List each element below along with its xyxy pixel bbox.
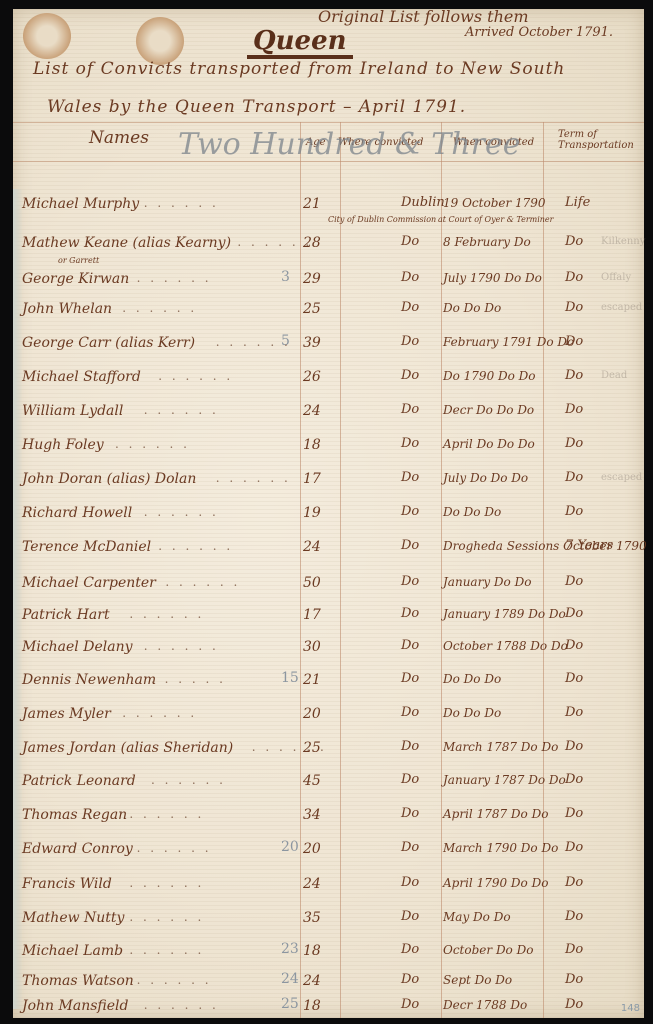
convict-when-convicted: January Do Do <box>443 575 531 589</box>
convict-when-convicted: Do 1790 Do Do <box>443 369 536 383</box>
convict-term: 7 Years <box>565 538 613 553</box>
convict-when-convicted: Do Do Do <box>443 706 501 720</box>
convict-name: Patrick Leonard <box>22 773 136 789</box>
convict-term: Do <box>565 638 583 653</box>
table-row: John Whelan25DoDo Do DoDoescaped. . . . … <box>13 297 644 325</box>
faint-margin-note: Kilkenny <box>601 236 645 247</box>
table-row: Edward Conroy20DoMarch 1790 Do DoDo20. .… <box>13 837 644 865</box>
table-row: Patrick Hart17DoJanuary 1789 Do DoDo. . … <box>13 603 644 631</box>
convict-age: 25 <box>303 301 321 317</box>
convict-age: 20 <box>303 841 321 857</box>
convict-where-convicted: Do <box>401 300 419 315</box>
table-row: George Kirwan29DoJuly 1790 Do DoDoOffaly… <box>13 267 644 295</box>
convict-name: Mathew Keane (alias Kearny) <box>22 235 231 251</box>
convict-term: Do <box>565 909 583 924</box>
convict-term: Do <box>565 436 583 451</box>
convict-name: George Kirwan <box>22 271 129 287</box>
table-row: Terence McDaniel24DoDrogheda Sessions Oc… <box>13 535 644 563</box>
convict-term: Do <box>565 606 583 621</box>
annotation-arrived: Arrived October 1791. <box>465 25 613 40</box>
convict-where-convicted: Do <box>401 402 419 417</box>
convict-name: Francis Wild <box>22 876 112 892</box>
convict-term: Do <box>565 671 583 686</box>
convict-when-convicted: March 1787 Do Do <box>443 740 558 754</box>
convict-where-convicted: Do <box>401 739 419 754</box>
convict-age: 24 <box>303 973 321 989</box>
convict-when-convicted: July Do Do Do <box>443 471 528 485</box>
convict-where-convicted: Do <box>401 606 419 621</box>
leader-dots: . . . . . . <box>144 403 219 417</box>
convict-age: 50 <box>303 575 321 591</box>
convict-name: James Myler <box>22 706 111 722</box>
faint-margin-note: escaped <box>601 472 642 483</box>
convict-when-convicted: Sept Do Do <box>443 973 512 987</box>
convict-where-convicted: Dublin <box>401 195 445 210</box>
convict-when-convicted: Decr 1788 Do <box>443 998 527 1012</box>
convict-term: Do <box>565 772 583 787</box>
convict-when-convicted: Do Do Do <box>443 301 501 315</box>
convict-term: Do <box>565 334 583 349</box>
convict-age: 24 <box>303 876 321 892</box>
convict-when-convicted: April 1787 Do Do <box>443 807 548 821</box>
convict-name: Edward Conroy <box>22 841 133 857</box>
convict-term: Do <box>565 739 583 754</box>
convict-where-convicted: Do <box>401 671 419 686</box>
convict-age: 18 <box>303 943 321 959</box>
leader-dots: . . . . . . <box>144 639 219 653</box>
leader-dots: . . . . . . <box>129 807 204 821</box>
convict-when-convicted: July 1790 Do Do <box>443 271 542 285</box>
faint-margin-note: escaped <box>601 302 642 313</box>
convict-name: Richard Howell <box>22 505 132 521</box>
pencil-margin-number: 20 <box>281 839 299 855</box>
faint-margin-note: Dead <box>601 370 627 381</box>
convict-term: Do <box>565 270 583 285</box>
convict-age: 18 <box>303 998 321 1014</box>
table-row: William Lydall24DoDecr Do Do DoDo. . . .… <box>13 399 644 427</box>
faint-margin-note: Offaly <box>601 272 631 283</box>
leader-dots: . . . . . . <box>144 196 219 210</box>
leader-dots: . . . . . . <box>129 943 204 957</box>
convict-age: 21 <box>303 196 321 212</box>
table-row: Patrick Leonard45DoJanuary 1787 Do DoDo.… <box>13 769 644 797</box>
pencil-margin-number: 3 <box>281 269 290 285</box>
convict-term: Do <box>565 997 583 1012</box>
convict-name: Hugh Foley <box>22 437 104 453</box>
convict-age: 26 <box>303 369 321 385</box>
convict-term: Do <box>565 402 583 417</box>
convict-name: Michael Stafford <box>22 369 141 385</box>
convict-where-convicted: Do <box>401 875 419 890</box>
convict-where-convicted: Do <box>401 234 419 249</box>
convict-term: Do <box>565 840 583 855</box>
leader-dots: . . . . . . <box>137 841 212 855</box>
convict-term: Life <box>565 195 590 210</box>
pencil-total-annotation: Two Hundred & Three <box>178 127 520 162</box>
convict-where-convicted: Do <box>401 638 419 653</box>
convict-term: Do <box>565 806 583 821</box>
table-row: Francis Wild24DoApril 1790 Do DoDo. . . … <box>13 872 644 900</box>
convict-name: Thomas Regan <box>22 807 127 823</box>
convict-age: 18 <box>303 437 321 453</box>
convict-age: 24 <box>303 539 321 555</box>
manuscript-page: Queen Original List follows them Arrived… <box>13 9 644 1018</box>
convict-when-convicted: April 1790 Do Do <box>443 876 548 890</box>
table-row: Hugh Foley18DoApril Do Do DoDo. . . . . … <box>13 433 644 461</box>
convict-age: 17 <box>303 471 321 487</box>
convict-when-convicted: 19 October 1790 <box>443 196 546 210</box>
leader-dots: . . . . . . <box>122 706 197 720</box>
convict-term: Do <box>565 972 583 987</box>
table-row: James Myler20DoDo Do DoDo. . . . . . <box>13 702 644 730</box>
folio-number: 148 <box>621 1003 640 1014</box>
convict-name: John Doran (alias) Dolan <box>22 471 196 487</box>
convict-term: Do <box>565 504 583 519</box>
convict-name: Patrick Hart <box>22 607 110 623</box>
ship-title: Queen <box>253 26 347 56</box>
leader-dots: . . . . . . <box>151 773 226 787</box>
convict-name: Michael Lamb <box>22 943 123 959</box>
convict-name: James Jordan (alias Sheridan) <box>22 740 233 756</box>
convict-where-convicted: Do <box>401 705 419 720</box>
table-row: Michael Murphy21Dublin19 October 1790Lif… <box>13 192 644 220</box>
table-row: Michael Delany30DoOctober 1788 Do DoDo. … <box>13 635 644 663</box>
convict-where-convicted: Do <box>401 334 419 349</box>
convict-age: 39 <box>303 335 321 351</box>
convict-age: 17 <box>303 607 321 623</box>
leader-dots: . . . . . . <box>158 369 233 383</box>
convict-term: Do <box>565 574 583 589</box>
leader-dots: . . . . . . <box>137 973 212 987</box>
convict-when-convicted: 8 February Do <box>443 235 531 249</box>
convict-where-convicted: Do <box>401 538 419 553</box>
convict-where-convicted: Do <box>401 942 419 957</box>
convict-when-convicted: Decr Do Do Do <box>443 403 534 417</box>
table-row: George Carr (alias Kerr)39DoFebruary 179… <box>13 331 644 359</box>
convict-where-convicted: Do <box>401 840 419 855</box>
convict-age: 20 <box>303 706 321 722</box>
table-row: Dennis Newenham21DoDo Do DoDo15. . . . .… <box>13 668 644 696</box>
leader-dots: . . . . . . <box>158 539 233 553</box>
document-title-line2: Wales by the Queen Transport – April 179… <box>47 97 466 117</box>
convict-when-convicted: April Do Do Do <box>443 437 535 451</box>
leader-dots: . . . . . . <box>144 505 219 519</box>
wax-stain <box>23 13 71 59</box>
pencil-margin-number: 25 <box>281 996 299 1012</box>
convict-age: 24 <box>303 403 321 419</box>
leader-dots: . . . . . . <box>237 235 312 249</box>
leader-dots: . . . . . . <box>115 437 190 451</box>
table-row: Thomas Watson24DoSept Do DoDo24. . . . .… <box>13 969 644 997</box>
column-header-names: Names <box>89 133 149 144</box>
convict-where-convicted: Do <box>401 972 419 987</box>
wax-stain <box>136 17 184 65</box>
convict-where-convicted: Do <box>401 504 419 519</box>
leader-dots: . . . . . . <box>216 471 291 485</box>
convict-term: Do <box>565 300 583 315</box>
convict-age: 35 <box>303 910 321 926</box>
convict-when-convicted: Do Do Do <box>443 505 501 519</box>
convict-name: William Lydall <box>22 403 123 419</box>
leader-dots: . . . . . . <box>129 910 204 924</box>
convict-age: 21 <box>303 672 321 688</box>
convict-where-convicted: Do <box>401 436 419 451</box>
pencil-margin-number: 15 <box>281 670 299 686</box>
pencil-margin-number: 23 <box>281 941 299 957</box>
annotation-original-list: Original List follows them <box>318 7 529 26</box>
table-row: Michael Stafford26DoDo 1790 Do DoDoDead.… <box>13 365 644 393</box>
table-row: John Doran (alias) Dolan17DoJuly Do Do D… <box>13 467 644 495</box>
convict-term: Do <box>565 368 583 383</box>
convict-age: 19 <box>303 505 321 521</box>
convict-term: Do <box>565 875 583 890</box>
leader-dots: . . . . . . <box>216 335 291 349</box>
convict-name: John Mansfield <box>22 998 128 1014</box>
convict-where-convicted: Do <box>401 470 419 485</box>
convict-name: Thomas Watson <box>22 973 134 989</box>
convict-name: Michael Carpenter <box>22 575 156 591</box>
convict-age: 30 <box>303 639 321 655</box>
convict-age: 29 <box>303 271 321 287</box>
convict-when-convicted: January 1787 Do Do <box>443 773 566 787</box>
convict-when-convicted: March 1790 Do Do <box>443 841 558 855</box>
convict-when-convicted: January 1789 Do Do <box>443 607 566 621</box>
table-row: Michael Carpenter50DoJanuary Do DoDo. . … <box>13 571 644 599</box>
table-row: John Mansfield18DoDecr 1788 DoDo25. . . … <box>13 994 644 1022</box>
pencil-margin-number: 24 <box>281 971 299 987</box>
convict-name: Dennis Newenham <box>22 672 156 688</box>
convict-name: Michael Murphy <box>22 196 139 212</box>
table-row: Richard Howell19DoDo Do DoDo. . . . . . <box>13 501 644 529</box>
convict-when-convicted: October Do Do <box>443 943 533 957</box>
convict-term: Do <box>565 470 583 485</box>
leader-dots: . . . . . . <box>252 740 327 754</box>
convict-where-convicted: Do <box>401 270 419 285</box>
column-header-term: Term of Transportation <box>558 129 638 151</box>
convict-where-convicted: Do <box>401 574 419 589</box>
convict-when-convicted: February 1791 Do Do <box>443 335 574 349</box>
convict-where-convicted: Do <box>401 909 419 924</box>
convict-when-convicted: October 1788 Do Do <box>443 639 568 653</box>
convict-name: George Carr (alias Kerr) <box>22 335 195 351</box>
leader-dots: . . . . . . <box>129 607 204 621</box>
convict-where-convicted: Do <box>401 806 419 821</box>
table-row: Michael Lamb18DoOctober Do DoDo23. . . .… <box>13 939 644 967</box>
convict-where-convicted: Do <box>401 772 419 787</box>
leader-dots: . . . . . . <box>144 998 219 1012</box>
convict-age: 45 <box>303 773 321 789</box>
header-rule-top <box>13 122 644 123</box>
convict-name: Michael Delany <box>22 639 133 655</box>
convict-name: Mathew Nutty <box>22 910 124 926</box>
leader-dots: . . . . . . <box>137 271 212 285</box>
convict-name: John Whelan <box>22 301 112 317</box>
convict-when-convicted: Do Do Do <box>443 672 501 686</box>
convict-term: Do <box>565 705 583 720</box>
convict-where-convicted: Do <box>401 997 419 1012</box>
convict-name: Terence McDaniel <box>22 539 151 555</box>
convict-when-convicted: Drogheda Sessions October 1790 <box>443 539 647 553</box>
table-row: Mathew Nutty35DoMay Do DoDo. . . . . . <box>13 906 644 934</box>
table-row: Mathew Keane (alias Kearny)28Do8 Februar… <box>13 231 644 259</box>
document-title-line1: List of Convicts transported from Irelan… <box>33 59 565 79</box>
leader-dots: . . . . . . <box>165 575 240 589</box>
convict-where-convicted: Do <box>401 368 419 383</box>
table-row: James Jordan (alias Sheridan)25DoMarch 1… <box>13 736 644 764</box>
leader-dots: . . . . . . <box>129 876 204 890</box>
leader-dots: . . . . . . <box>122 301 197 315</box>
convict-when-convicted: May Do Do <box>443 910 511 924</box>
convict-age: 34 <box>303 807 321 823</box>
convict-term: Do <box>565 234 583 249</box>
table-row: Thomas Regan34DoApril 1787 Do DoDo. . . … <box>13 803 644 831</box>
leader-dots: . . . . . . <box>151 672 226 686</box>
convict-term: Do <box>565 942 583 957</box>
